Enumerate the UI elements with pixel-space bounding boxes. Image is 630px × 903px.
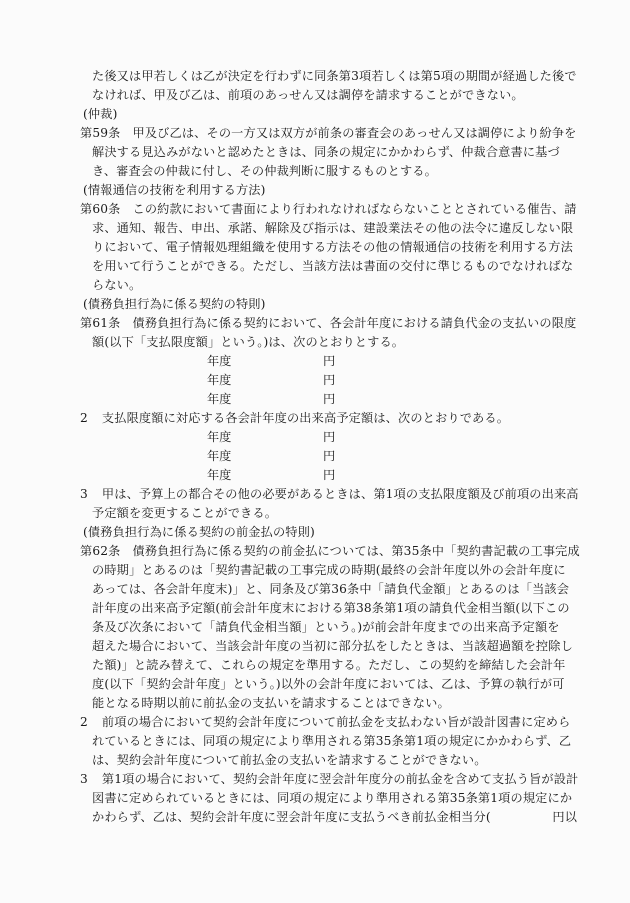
- amount-table-row: 年度円: [80, 352, 550, 371]
- paragraph-number: 2: [80, 715, 88, 729]
- text-line: 解決する見込みがないと認めたときは、同条の規定にかかわらず、仲裁合意書に基づ: [80, 143, 550, 162]
- document-page: た後又は甲若しくは乙が決定を行わずに同条第3項若しくは第5項の期間が経過した後で…: [0, 0, 630, 903]
- text-line: 債務負担行為に係る契約において、各会計年度における請負代金の支払いの限度: [132, 316, 576, 330]
- text-line: りにおいて、電子情報処理組織を使用する方法その他の情報通信の技術を利用する方法: [80, 238, 550, 257]
- article-caption: (情報通信の技術を利用する方法): [80, 181, 550, 200]
- amount-table-row: 年度円: [80, 390, 550, 409]
- text-line: 債務負担行為に係る契約の前金払については、第35条中「契約書記載の工事完成: [132, 544, 579, 558]
- article-caption: (債務負担行為に係る契約の前金払の特則): [80, 523, 550, 542]
- article-number: 第59条: [80, 126, 120, 140]
- text-line: この約款において書面により行われなければならないこととされている催告、請: [132, 202, 576, 216]
- text-line: 能となる時期以前に前払金の支払いを請求することはできない。: [80, 694, 550, 713]
- article-number: 第62条: [80, 544, 120, 558]
- fiscal-year-label: 年度: [207, 390, 231, 409]
- article-caption: (債務負担行為に係る契約の特則): [80, 295, 550, 314]
- text-line: 甲は、予算上の都合その他の必要があるときは、第1項の支払限度額及び前項の出来高: [102, 487, 579, 501]
- fiscal-year-label: 年度: [207, 466, 231, 485]
- paragraph-number: 3: [80, 772, 88, 786]
- fiscal-year-label: 年度: [207, 447, 231, 466]
- text-line: の時期」とあるのは「契約書記載の工事完成の時期(最終の会計年度以外の会計年度に: [80, 561, 550, 580]
- yen-label: 円: [323, 466, 335, 485]
- text-line: あっては、各会計年度末)」と、同条及び第36条中「請負代金額」とあるのは「当該会: [80, 580, 550, 599]
- text-line: 超えた場合において、当該会計年度の当初に部分払をしたときは、当該超過額を控除し: [80, 637, 550, 656]
- text-line: 甲及び乙は、その一方又は双方が前条の審査会のあっせん又は調停により紛争を: [132, 126, 576, 140]
- text-line: た後又は甲若しくは乙が決定を行わずに同条第3項若しくは第5項の期間が経過した後で: [80, 67, 550, 86]
- article-caption: (仲裁): [80, 105, 550, 124]
- yen-label: 円: [323, 371, 335, 390]
- text-line: らない。: [80, 276, 550, 295]
- text-line: 求、通知、報告、申出、承諾、解除及び指示は、建設業法その他の法令に違反しない限: [80, 219, 550, 238]
- paragraph-number: 2: [80, 411, 88, 425]
- fiscal-year-label: 年度: [207, 428, 231, 447]
- article-heading-line: 第60条この約款において書面により行われなければならないこととされている催告、請: [80, 200, 550, 219]
- text-line: 第1項の場合において、契約会計年度に翌会計年度分の前払金を含めて支払う旨が設計: [102, 772, 578, 786]
- fiscal-year-label: 年度: [207, 352, 231, 371]
- article-heading-line: 第61条債務負担行為に係る契約において、各会計年度における請負代金の支払いの限度: [80, 314, 550, 333]
- amount-table-row: 年度円: [80, 428, 550, 447]
- text-line: かわらず、乙は、契約会計年度に翌会計年度に支払うべき前払金相当分( 円以: [80, 808, 550, 827]
- text-line: 前項の場合において契約会計年度について前払金を支払わない旨が設計図書に定めら: [102, 715, 571, 729]
- article-heading-line: 第59条甲及び乙は、その一方又は双方が前条の審査会のあっせん又は調停により紛争を: [80, 124, 550, 143]
- text-line: 額(以下「支払限度額」という。)は、次のとおりとする。: [80, 333, 550, 352]
- article-number: 第60条: [80, 202, 120, 216]
- yen-label: 円: [323, 428, 335, 447]
- article-heading-line: 第62条債務負担行為に係る契約の前金払については、第35条中「契約書記載の工事完…: [80, 542, 550, 561]
- paragraph-start-line: 3第1項の場合において、契約会計年度に翌会計年度分の前払金を含めて支払う旨が設計: [80, 770, 550, 789]
- yen-label: 円: [323, 390, 335, 409]
- amount-table-row: 年度円: [80, 466, 550, 485]
- text-line: 図書に定められているときには、同項の規定により準用される第35条第1項の規定にか: [80, 789, 550, 808]
- article-number: 第61条: [80, 316, 120, 330]
- paragraph-number: 3: [80, 487, 88, 501]
- text-line: 条及び次条において「請負代金相当額」という。)が前会計年度までの出来高予定額を: [80, 618, 550, 637]
- yen-label: 円: [323, 352, 335, 371]
- paragraph-start-line: 3甲は、予算上の都合その他の必要があるときは、第1項の支払限度額及び前項の出来高: [80, 485, 550, 504]
- paragraph-start-line: 2支払限度額に対応する各会計年度の出来高予定額は、次のとおりである。: [80, 409, 550, 428]
- fiscal-year-label: 年度: [207, 371, 231, 390]
- text-line: 計年度の出来高予定額(前会計年度末における第38条第1項の請負代金相当額(以下こ…: [80, 599, 550, 618]
- amount-table-row: 年度円: [80, 371, 550, 390]
- text-line: れているときには、同項の規定により準用される第35条第1項の規定にかかわらず、乙: [80, 732, 550, 751]
- text-line: き、審査会の仲裁に付し、その仲裁判断に服するものとする。: [80, 162, 550, 181]
- text-line: は、契約会計年度について前払金の支払いを請求することができない。: [80, 751, 550, 770]
- text-line: を用いて行うことができる。ただし、当該方法は書面の交付に準じるものでなければな: [80, 257, 550, 276]
- yen-label: 円: [323, 447, 335, 466]
- text-line: なければ、甲及び乙は、前項のあっせん又は調停を請求することができない。: [80, 86, 550, 105]
- amount-table-row: 年度円: [80, 447, 550, 466]
- document-body: た後又は甲若しくは乙が決定を行わずに同条第3項若しくは第5項の期間が経過した後で…: [80, 67, 550, 827]
- paragraph-start-line: 2前項の場合において契約会計年度について前払金を支払わない旨が設計図書に定めら: [80, 713, 550, 732]
- text-line: た額)」と読み替えて、これらの規定を準用する。ただし、この契約を締結した会計年: [80, 656, 550, 675]
- text-line: 度(以下「契約会計年度」という。)以外の会計年度においては、乙は、予算の執行が可: [80, 675, 550, 694]
- text-line: 支払限度額に対応する各会計年度の出来高予定額は、次のとおりである。: [102, 411, 509, 425]
- text-line: 予定額を変更することができる。: [80, 504, 550, 523]
